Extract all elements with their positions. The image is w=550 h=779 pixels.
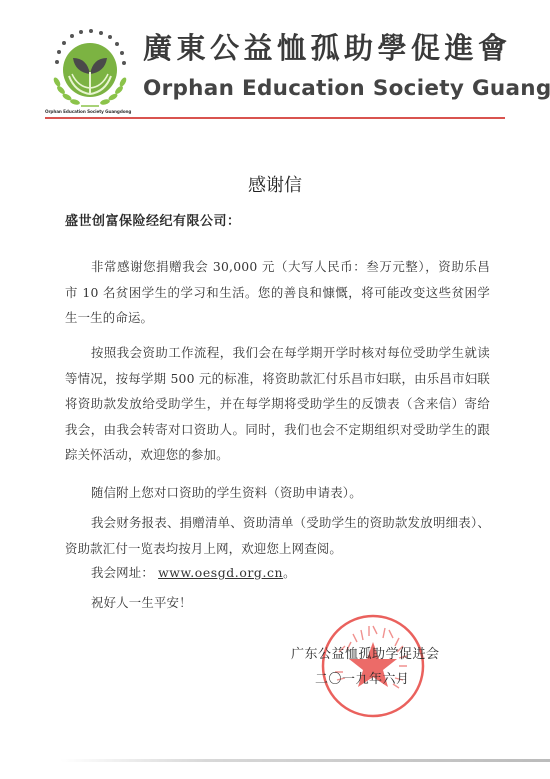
website-line: 我会网址： www.oesgd.org.cn。: [65, 560, 490, 586]
paragraph-funding-process: 按照我会资助工作流程，我们会在每学期开学时核对每位受助学生就读等情况，按每学期 …: [65, 340, 490, 468]
paragraph-financial-reports: 我会财务报表、捐赠清单、资助清单（受助学生的资助款发放明细表）、资助款汇付一览表…: [65, 510, 490, 561]
page-edge-shadow: [60, 759, 550, 762]
letter-title: 感谢信: [0, 171, 550, 197]
website-label: 我会网址：: [91, 565, 154, 580]
letterhead-divider: [45, 117, 505, 119]
official-seal-icon: [317, 612, 429, 720]
paragraph-attachment: 随信附上您对口资助的学生资料（资助申请表）。: [65, 480, 490, 506]
signature-date: 二〇一九年六月: [315, 668, 410, 687]
signature-organization: 广东公益恤孤助学促进会: [291, 643, 440, 662]
organization-logo-icon: [45, 24, 133, 116]
logo-caption: Orphan Education Society Guangdong: [45, 109, 135, 114]
paragraph-donation-thanks: 非常感谢您捐赠我会 30,000 元（大写人民币：叁万元整），资助乐昌市 10 …: [65, 254, 490, 331]
letterhead: Orphan Education Society Guangdong 廣東公益恤…: [45, 24, 505, 116]
organization-name-chinese: 廣東公益恤孤助學促進會: [143, 26, 512, 67]
letter-page: Orphan Education Society Guangdong 廣東公益恤…: [0, 0, 550, 779]
organization-name-english: Orphan Education Society Guangdong: [143, 76, 550, 101]
salutation: 盛世创富保险经纪有限公司：: [65, 210, 241, 229]
website-link[interactable]: www.oesgd.org.cn: [158, 565, 283, 580]
website-suffix: 。: [283, 565, 296, 580]
